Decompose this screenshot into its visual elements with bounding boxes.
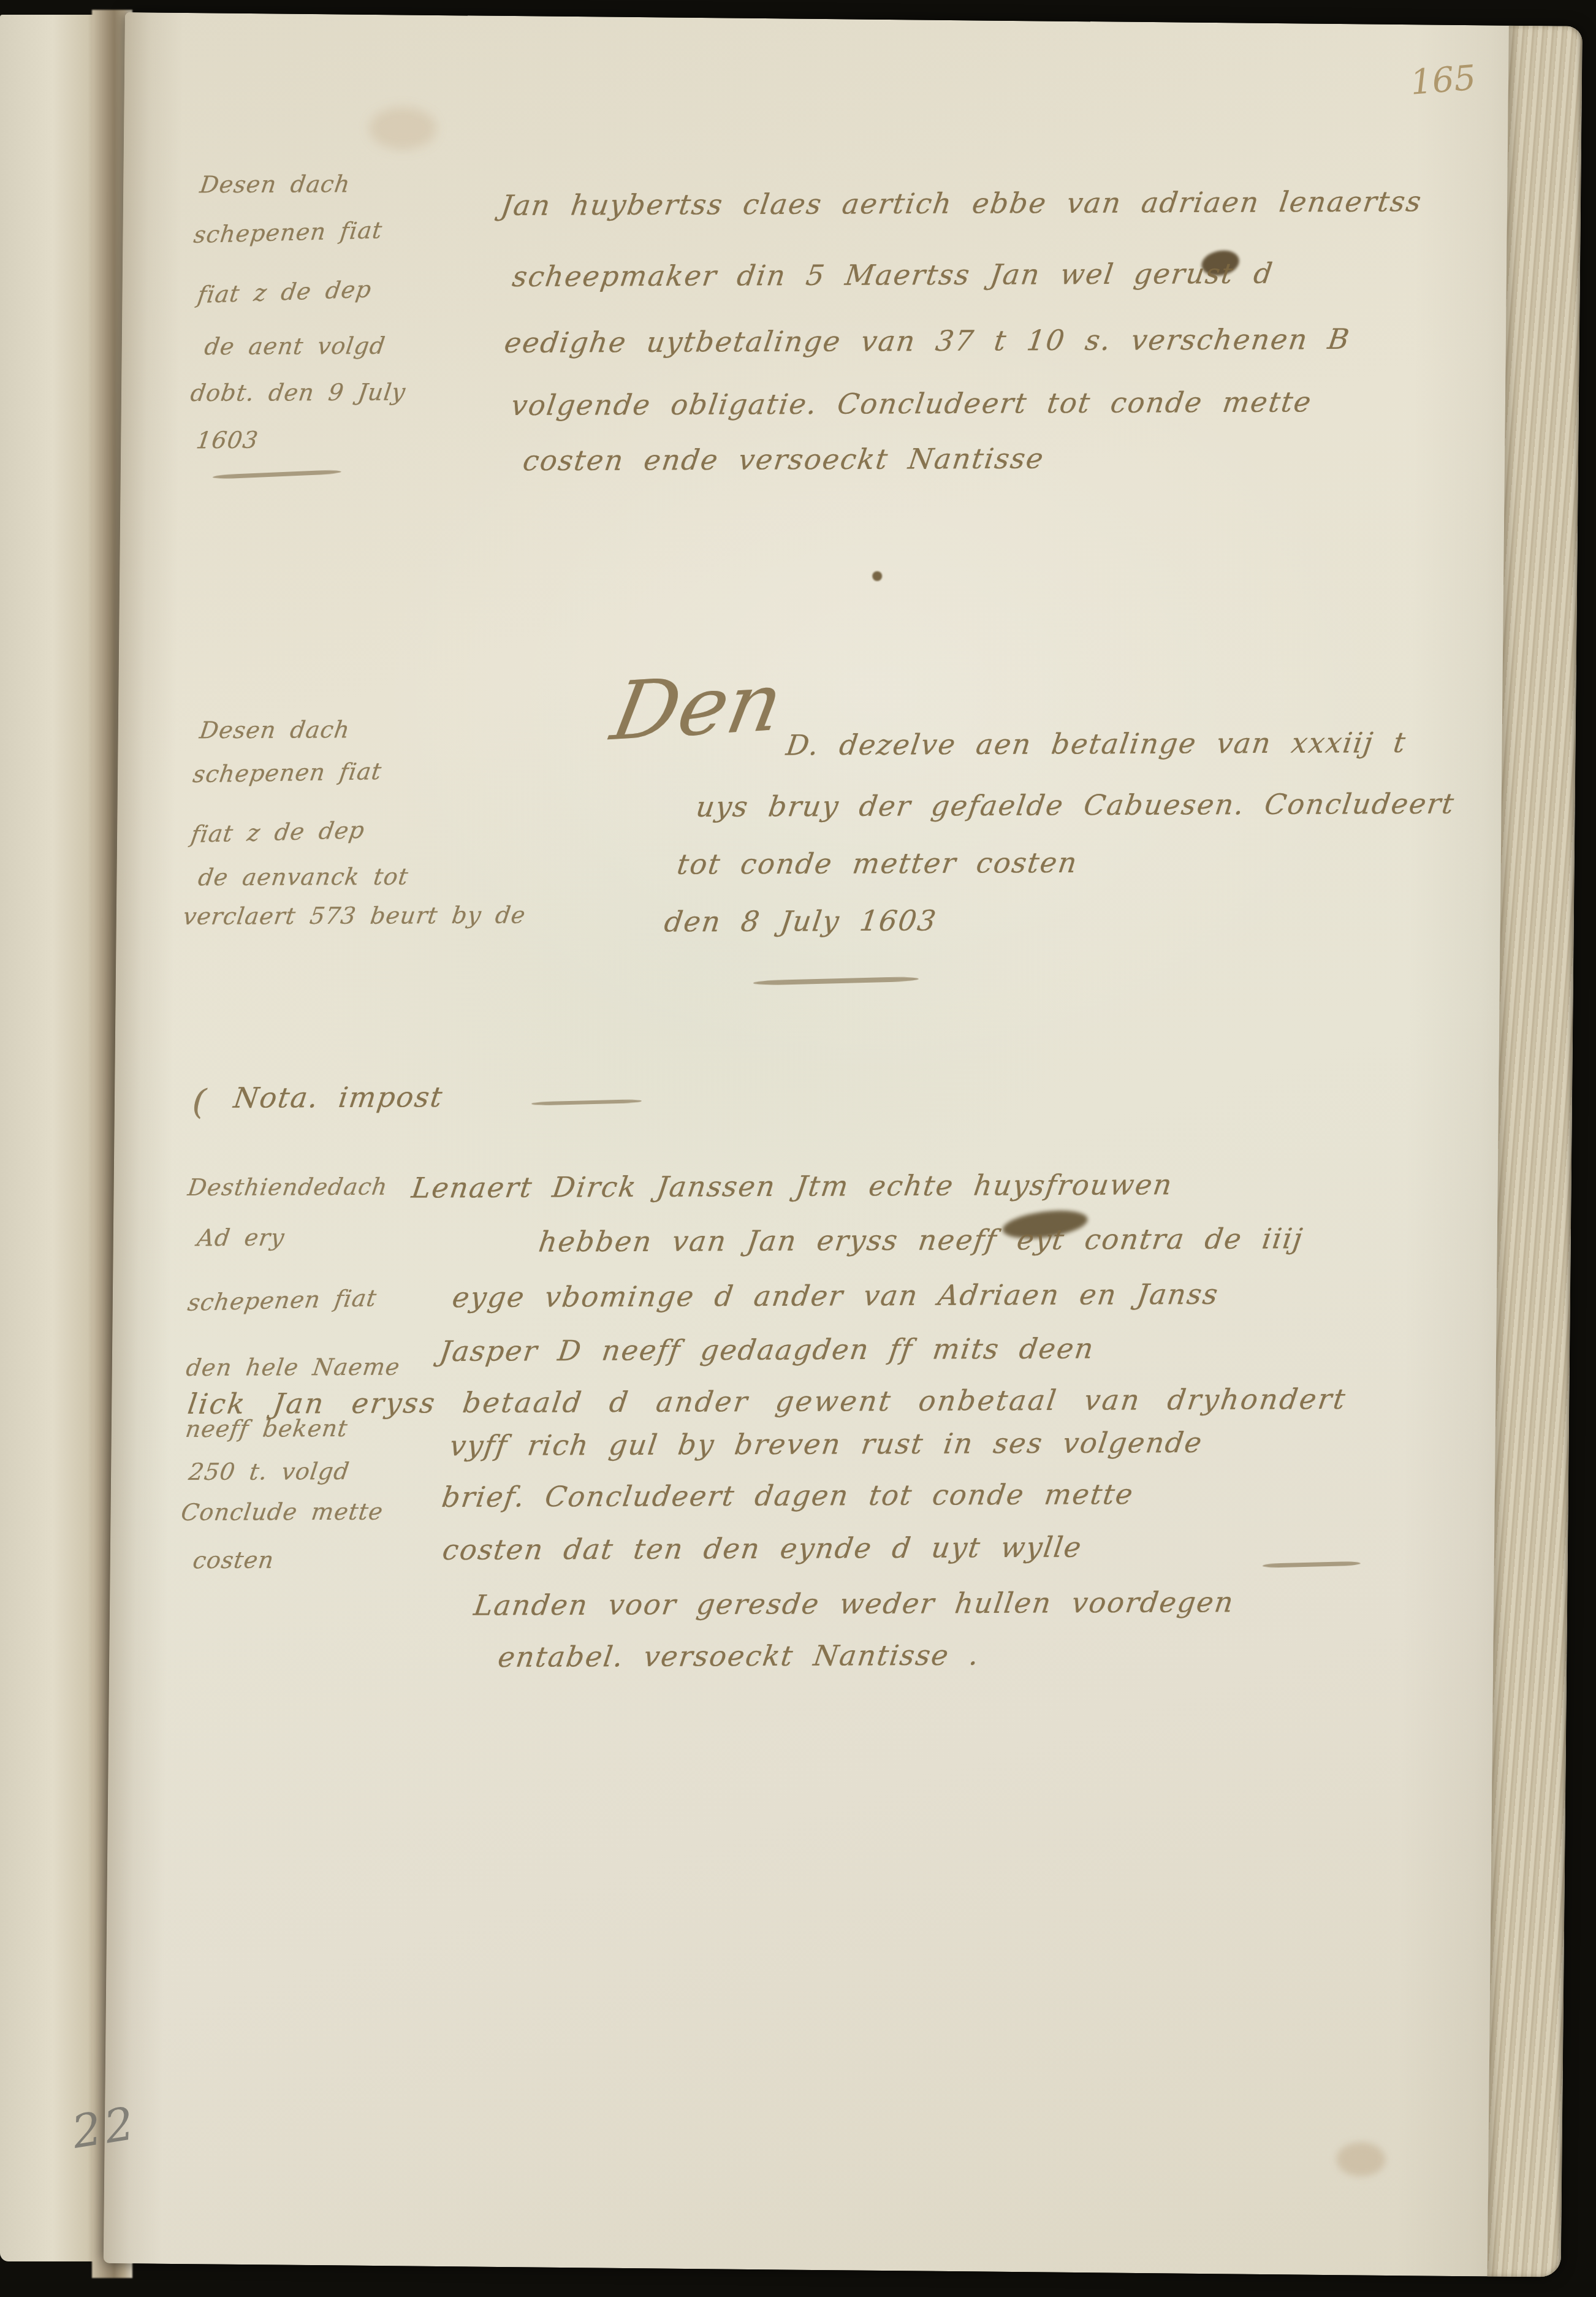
entry1-body-line: volgende obligatie. Concludeert tot cond…: [509, 385, 1314, 422]
paper-stain: [1336, 2142, 1386, 2177]
entry3-body-line: costen dat ten den eynde d uyt wylle: [441, 1531, 1084, 1566]
folio-number: 165: [1409, 58, 1478, 103]
facing-page-edge: [0, 15, 96, 2261]
entry1-margin-line: Desen dach: [199, 170, 352, 198]
entry3-body-line: Lenaert Dirck Janssen Jtm echte huysfrou…: [410, 1168, 1175, 1204]
manuscript-page: 165 Desen dach schepenen fiat fiat z de …: [104, 12, 1583, 2277]
entry1-margin-line: de aent volgd: [203, 332, 387, 360]
entry3-margin-line: Ad ery: [196, 1224, 286, 1252]
entry2-margin-line: Desen dach: [198, 716, 352, 744]
ink-dot: [872, 571, 882, 581]
entry3-body-line: lick Jan eryss betaald d ander gewent on…: [186, 1382, 1349, 1420]
entry1-margin-line: 1603: [195, 427, 260, 454]
entry3-body-line: vyff rich gul by breven rust in ses volg…: [447, 1426, 1204, 1462]
entry3-body-line: entabel. versoeckt Nantisse .: [496, 1639, 982, 1674]
nota-flourish: [531, 1099, 642, 1106]
entry3-body-line: Jasper D neeff gedaagden ff mits deen: [438, 1331, 1096, 1368]
entry2-margin-line: verclaert 573 beurt by de: [181, 902, 527, 930]
entry1-body-line: costen ende versoeckt Nantisse: [521, 442, 1047, 478]
entry3-body-line: Landen voor geresde weder hullen voordeg…: [472, 1585, 1236, 1621]
entry3-margin-line: Desthiendedach: [186, 1173, 390, 1201]
entry2-margin-line: de aenvanck tot: [197, 863, 411, 891]
entry3-margin-line: den hele Naeme: [184, 1354, 402, 1381]
entry3-body-line: hebben van Jan eryss neeff eyt contra de…: [537, 1222, 1305, 1258]
entry1-margin-line: dobt. den 9 July: [189, 379, 408, 406]
entry3-margin-line: Conclude mette: [180, 1498, 385, 1526]
nota-line: Nota. impost: [232, 1080, 446, 1114]
entry1-body-line: eedighe uytbetalinge van 37 t 10 s. vers…: [503, 322, 1353, 359]
fore-edge-page-stack: [1488, 26, 1583, 2277]
entry3-margin-line: 250 t. volgd: [187, 1458, 351, 1485]
entry3-margin-line: schepenen fiat: [186, 1284, 379, 1316]
entry1-body-line: scheepmaker din 5 Maertss Jan wel gerust…: [511, 257, 1275, 293]
entry3-body-line: brief. Concludeert dagen tot conde mette: [440, 1477, 1136, 1514]
entry1-margin-line: schepenen fiat: [192, 216, 384, 248]
pencil-page-number: 22: [69, 2097, 141, 2159]
entry1-margin-line: fiat z de dep: [196, 276, 374, 308]
entry3-body-line: eyge vbominge d ander van Adriaen en Jan…: [450, 1278, 1221, 1314]
entry1-body-line: Jan huybertss claes aertich ebbe van adr…: [499, 185, 1424, 221]
margin-underline-flourish: [213, 470, 341, 479]
entry3-dash-flourish: [1263, 1561, 1361, 1568]
entry3-margin-line: costen: [191, 1547, 276, 1574]
foxing-stain: [369, 107, 437, 150]
entry2-body-line: den 8 July 1603: [663, 904, 939, 939]
entry2-margin-line: fiat z de dep: [189, 817, 367, 848]
manuscript-photo: 165 Desen dach schepenen fiat fiat z de …: [0, 0, 1596, 2297]
entry2-body-line: tot conde metter costen: [675, 846, 1080, 881]
entry2-body-line: D. dezelve aen betalinge van xxxiij t: [784, 726, 1408, 761]
entry2-opening-initial: Den: [606, 662, 789, 753]
entry2-underline-flourish: [753, 977, 919, 986]
nota-paragraph-mark: (: [191, 1080, 208, 1123]
entry2-margin-line: schepenen fiat: [191, 758, 384, 788]
entry2-body-line: uys bruy der gefaelde Cabuesen. Conclude…: [694, 787, 1457, 823]
